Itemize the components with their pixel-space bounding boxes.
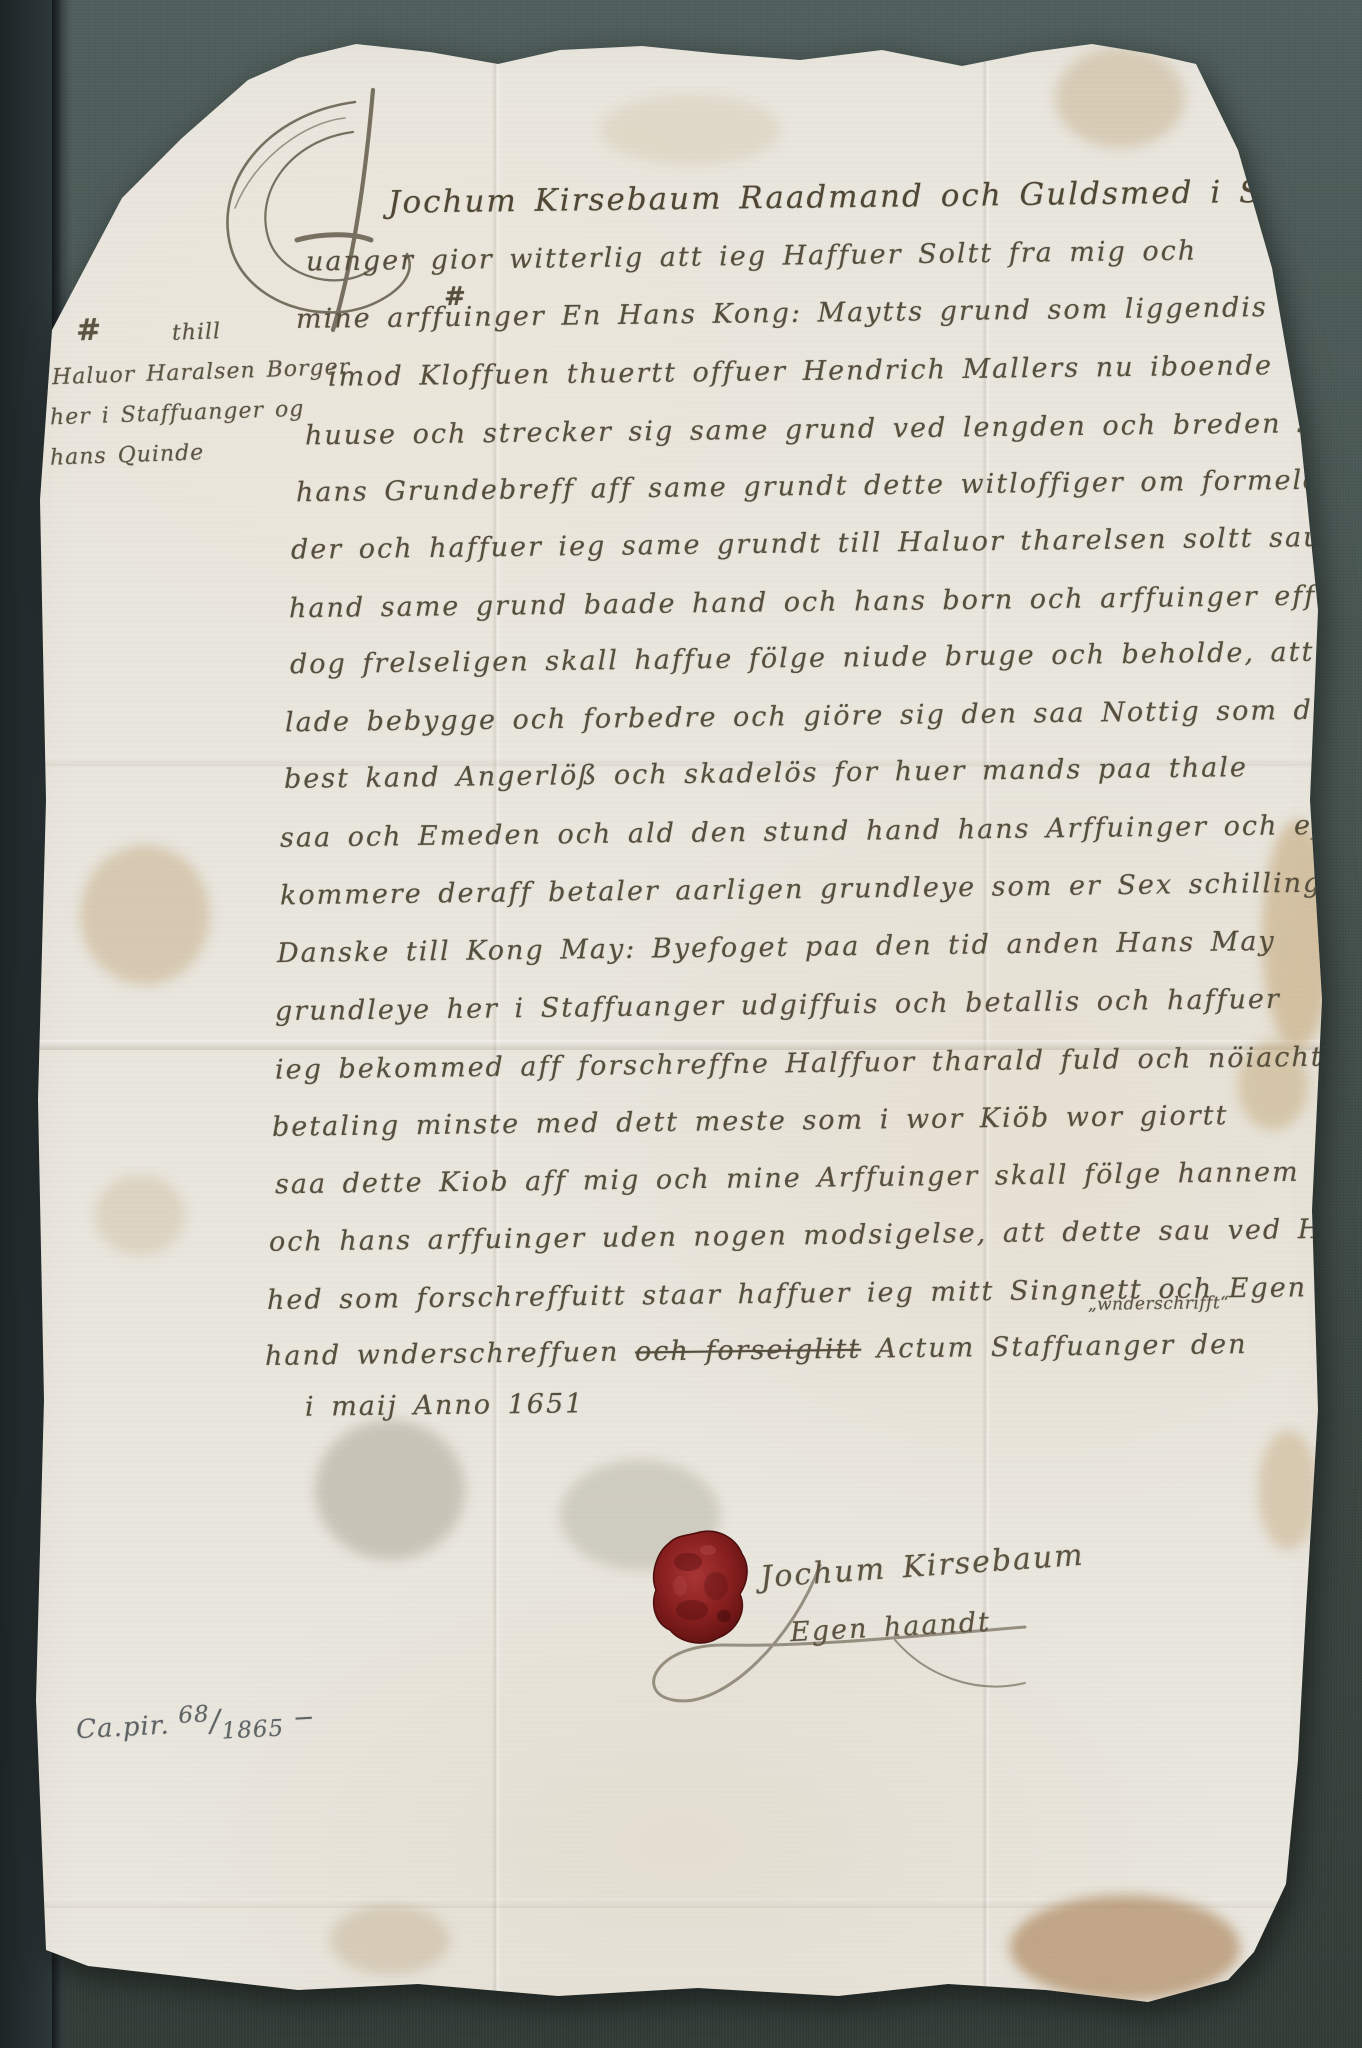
date-line: i maij Anno 1651 — [305, 1390, 585, 1420]
manuscript-line: der och haffuer ieg same grundt till Hal… — [291, 523, 1362, 563]
manuscript-line: imod Kloffuen thuertt offuer Hendrich Ma… — [328, 352, 1273, 391]
manuscript-line: kommere deraff betaler aarligen grundley… — [280, 870, 1323, 910]
margin-note-line: her i Staffuanger og — [50, 399, 305, 430]
manuscript-line: betaling minste med dett meste som i wor… — [272, 1102, 1229, 1141]
manuscript-line: dog frelseligen skall haffue fölge niude… — [290, 639, 1315, 679]
archival-note-fraction: 68/1865 — [178, 1704, 294, 1740]
paper-stain — [600, 95, 780, 165]
paper-stain — [1010, 1895, 1240, 2000]
manuscript-line: Danske till Kong May: Byefoget paa den t… — [277, 928, 1276, 967]
manuscript-line: hans Grundebreff aff same grundt dette w… — [296, 467, 1323, 507]
struck-text: och forseiglitt — [635, 1334, 862, 1368]
manuscript-line: hand same grund baade hand och hans born… — [289, 581, 1362, 622]
manuscript-line: saa dette Kiob aff mig och mine Arffuing… — [275, 1159, 1300, 1199]
paper-stain — [330, 1905, 450, 1975]
archival-note-prefix: Ca.pir. — [75, 1710, 170, 1745]
interline-insertion: „wnderschrifft“ — [1088, 1295, 1230, 1314]
paper-stain — [95, 1175, 185, 1255]
line-segment: Actum Staffuanger den — [861, 1329, 1248, 1365]
manuscript-line: mine arffuinger En Hans Kong: Maytts gru… — [296, 294, 1268, 333]
paper-shadow: # thill Haluor Haralsen Borger her i Sta… — [0, 0, 1362, 2048]
archival-note-dash: − — [292, 1703, 316, 1734]
archival-note: Ca.pir. 68/1865 − — [75, 1699, 316, 1746]
paper-stain — [1258, 1430, 1318, 1550]
manuscript-line: hand wnderschreffuen och forseiglitt Act… — [265, 1331, 1248, 1370]
margin-note-line: hans Quinde — [50, 442, 205, 469]
archival-note-denominator: 1865 — [221, 1715, 285, 1744]
margin-insertion-mark: # — [75, 316, 101, 347]
margin-note-line: thill — [172, 321, 222, 345]
paper-stain — [80, 845, 210, 985]
archival-note-numerator: 68 — [178, 1701, 211, 1729]
manuscript-line: lade bebygge och forbedre och giöre sig … — [285, 697, 1331, 737]
margin-note-line: Haluor Haralsen Borger — [52, 357, 351, 389]
archive-photo-background: # thill Haluor Haralsen Borger her i Sta… — [0, 0, 1362, 2048]
paper-stain — [1055, 48, 1185, 148]
paper-stain — [315, 1420, 465, 1560]
manuscript-line: huuse och strecker sig same grund ved le… — [305, 410, 1359, 450]
manuscript-line: grundleye her i Staffuanger udgiffuis oc… — [275, 986, 1281, 1025]
manuscript-page: # thill Haluor Haralsen Borger her i Sta… — [0, 0, 1362, 2048]
manuscript-line: och hans arffuinger uden nogen modsigels… — [269, 1215, 1362, 1256]
line-segment: hand wnderschreffuen — [265, 1336, 635, 1372]
manuscript-line: Jochum Kirsebaum Raadmand och Guldsmed i… — [388, 176, 1325, 218]
manuscript-line: saa och Emeden och ald den stund hand ha… — [280, 811, 1362, 851]
